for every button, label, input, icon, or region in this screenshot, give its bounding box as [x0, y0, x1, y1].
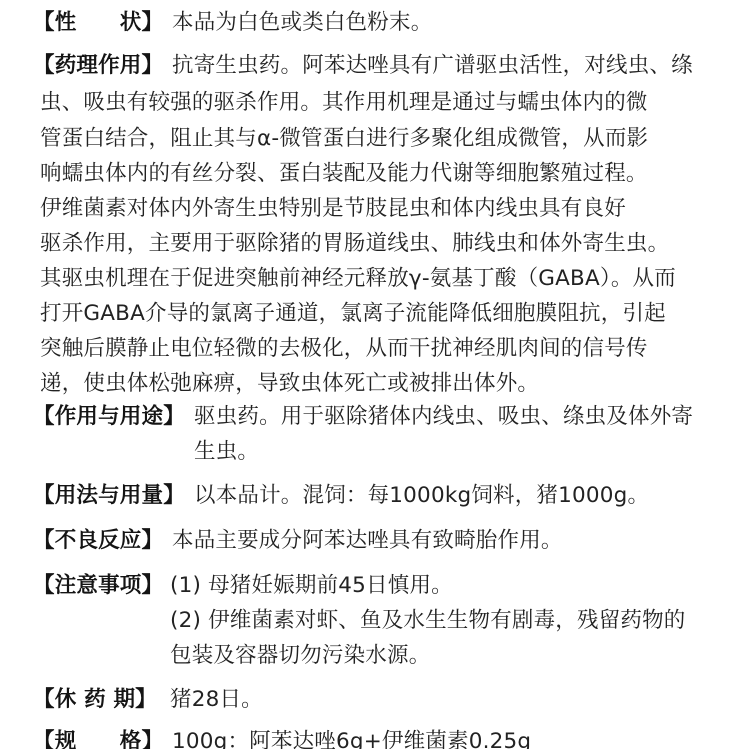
section-text-adverse-reactions: 本品主要成分阿苯达唑具有致畸胎作用。 — [172, 526, 563, 556]
section-label-adverse-reactions: 【不良反应】 — [33, 526, 163, 556]
section-text-pharmacology: 抗寄生虫药。阿苯达唑具有广谱驱虫活性，对线虫、绦 — [172, 51, 693, 81]
section-text-pharmacology: 虫、吸虫有较强的驱杀作用。其作用机理是通过与蠕虫体内的微 — [40, 88, 648, 118]
section-text-precautions: (1) 母猪妊娠期前45日慎用。 — [170, 571, 453, 601]
section-text-pharmacology: 管蛋白结合，阻止其与α-微管蛋白进行多聚化组成微管，从而影 — [40, 124, 648, 154]
section-label-indications: 【作用与用途】 — [33, 402, 185, 432]
section-text-indications: 生虫。 — [194, 437, 259, 467]
section-label-appearance: 【性 状】 — [33, 8, 163, 38]
section-text-pharmacology: 突触后膜静止电位轻微的去极化，从而干扰神经肌肉间的信号传 — [40, 334, 648, 364]
section-text-precautions: (2) 伊维菌素对虾、鱼及水生生物有剧毒，残留药物的 — [170, 606, 686, 636]
section-label-withdrawal-period: 【休 药 期】 — [33, 685, 157, 715]
section-text-pharmacology: 打开GABA介导的氯离子通道，氯离子流能降低细胞膜阻抗，引起 — [40, 299, 666, 329]
section-label-pharmacology: 【药理作用】 — [33, 51, 163, 81]
section-text-pharmacology: 驱杀作用，主要用于驱除猪的胃肠道线虫、肺线虫和体外寄生虫。 — [40, 229, 669, 259]
section-text-specification: 100g：阿苯达唑6g+伊维菌素0.25g — [172, 727, 531, 749]
section-text-pharmacology: 递，使虫体松弛麻痹，导致虫体死亡或被排出体外。 — [40, 369, 539, 399]
section-text-pharmacology: 响蠕虫体内的有丝分裂、蛋白装配及能力代谢等细胞繁殖过程。 — [40, 159, 648, 189]
section-label-precautions: 【注意事项】 — [33, 571, 163, 601]
section-text-indications: 驱虫药。用于驱除猪体内线虫、吸虫、绦虫及体外寄 — [194, 402, 693, 432]
section-text-dosage: 以本品计。混饲：每1000kg饲料，猪1000g。 — [194, 481, 649, 511]
section-text-appearance: 本品为白色或类白色粉末。 — [172, 8, 432, 38]
section-text-pharmacology: 伊维菌素对体内外寄生虫特别是节肢昆虫和体内线虫具有良好 — [40, 194, 626, 224]
section-text-withdrawal-period: 猪28日。 — [170, 685, 263, 715]
section-label-specification: 【规 格】 — [33, 727, 163, 749]
section-text-precautions: 包装及容器切勿污染水源。 — [170, 641, 430, 671]
section-label-dosage: 【用法与用量】 — [33, 481, 185, 511]
section-text-pharmacology: 其驱虫机理在于促进突触前神经元释放γ-氨基丁酸（GABA）。从而 — [40, 264, 676, 294]
